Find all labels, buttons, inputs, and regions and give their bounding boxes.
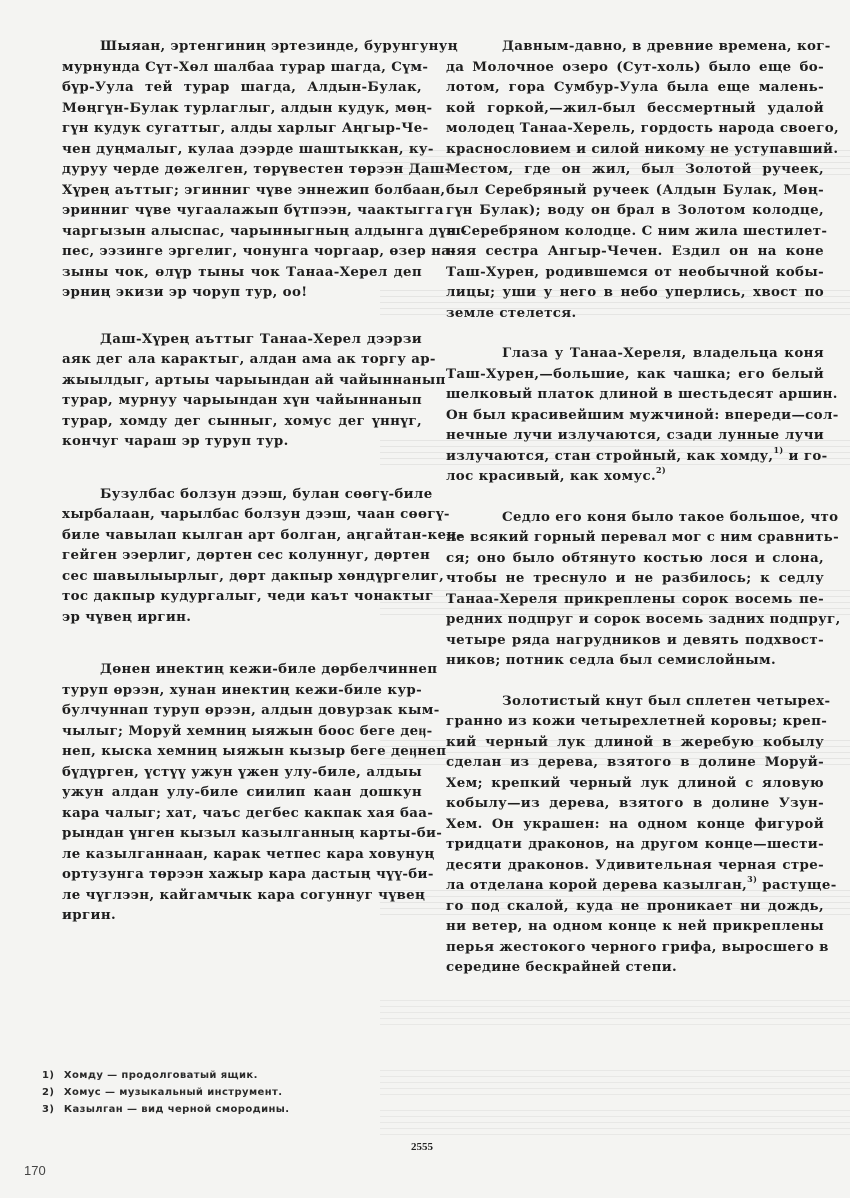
footnote-number: 1): [42, 1067, 60, 1084]
text-line: лотом, гора Сумбур-Уула была еще малень-: [446, 77, 824, 98]
page-number-center: 2555: [411, 1141, 433, 1153]
footnote: 1) Хомду — продолговатый ящик.: [42, 1067, 289, 1084]
text-line: турар, хомду дег сынныг, хомус дег үннүг…: [62, 411, 422, 432]
text-line: ужун алдан улу-биле сиилип каан дошкун: [62, 782, 422, 803]
text-line: хырбалаан, чарылбас болзун дээш, чаан сө…: [62, 504, 422, 525]
text-line: иргин.: [62, 905, 422, 926]
text-line: чылыг; Моруй хемниң ыяжын боос беге деӊ-: [62, 721, 422, 742]
text-line: кара чалыг; хат, чаъс дегбес какпак хая …: [62, 803, 422, 824]
text-line: ла отделана корой дерева казылган,3) рас…: [446, 875, 824, 896]
text-line: Местом, где он жил, был Золотой ручеек,: [446, 159, 824, 180]
text-line: лос красивый, как хомус.2): [446, 466, 824, 487]
text-line: мурнунда Сүт-Хөл шалбаа турар шагда, Сүм…: [62, 57, 422, 78]
left-column-tuvan: Шыяан, эртенгиниң эртезинде, бурунгунуңм…: [62, 36, 422, 944]
paragraph: Седло его коня было такое большое, чтоне…: [446, 507, 824, 671]
text-line: сделан из дерева, взятого в долине Моруй…: [446, 752, 824, 773]
text-line: Хем. Он украшен: на одном конце фигурой: [446, 814, 824, 835]
text-line: перья жестокого черного грифа, выросшего…: [446, 937, 824, 958]
text-line: гүн Булак); воду он брал в Золотом колод…: [446, 200, 824, 221]
paragraph: Золотистый кнут был сплетен четырех-гран…: [446, 691, 824, 978]
text-line: бүр-Уула тей турар шагда, Алдын-Булак,: [62, 77, 422, 98]
text-line: четыре ряда нагрудников и девять подхвос…: [446, 630, 824, 651]
text-line: десяти драконов. Удивительная черная стр…: [446, 855, 824, 876]
text-line: молодец Танаа-Херель, гордость народа св…: [446, 118, 824, 139]
footnote-text: Хомду — продолговатый ящик.: [64, 1070, 258, 1081]
text-line: да Молочное озеро (Сут-холь) было еще бо…: [446, 57, 824, 78]
footnote: 2) Хомус — музыкальный инструмент.: [42, 1084, 289, 1101]
text-line: турар, мурнуу чарыындан хүн чайыннанып: [62, 390, 422, 411]
paragraph: Бузулбас болзун дээш, булан сөөгү-билехы…: [62, 484, 422, 628]
footnote-marker: 1): [773, 445, 783, 455]
text-line: Таш-Хурен,—большие, как чашка; его белый: [446, 364, 824, 385]
text-line: биле чавылап кылган арт болган, аңгайтан…: [62, 525, 422, 546]
text-line: Танаа-Хереля прикреплены сорок восемь пе…: [446, 589, 824, 610]
text-line: Хем; крепкий черный лук длиной с яловую: [446, 773, 824, 794]
bleed-through-staff: [380, 1000, 850, 1030]
text-line: пес, ээзинге эргелиг, чонунга чоргаар, ө…: [62, 241, 422, 262]
text-line: Глаза у Танаа-Хереля, владельца коня: [446, 343, 824, 364]
text-line: Седло его коня было такое большое, что: [446, 507, 824, 528]
text-line: гүн кудук сугаттыг, алды харлыг Аңгыр-Че…: [62, 118, 422, 139]
paragraph: Даш-Хүрең аъттыг Танаа-Херел дээрзиаяк д…: [62, 329, 422, 452]
text-line: ни ветер, на одном конце к ней прикрепле…: [446, 916, 824, 937]
text-line: редних подпруг и сорок восемь задних под…: [446, 609, 824, 630]
text-line: Таш-Хурен, родившемся от необычной кобы-: [446, 262, 824, 283]
text-line: няя сестра Ангыр-Чечен. Ездил он на коне: [446, 241, 824, 262]
text-line: Мөңгүн-Булак турлаглыг, алдын кудук, мөң…: [62, 98, 422, 119]
text-line: гранно из кожи четырехлетней коровы; кре…: [446, 711, 824, 732]
text-line: Дөнен инектиң кежи-биле дөрбелчиннеп: [62, 659, 422, 680]
text-line: не всякий горный перевал мог с ним сравн…: [446, 527, 824, 548]
text-line: кобылу—из дерева, взятого в долине Узун-: [446, 793, 824, 814]
text-line: середине бескрайней степи.: [446, 957, 824, 978]
text-line: Хүрең аъттыг; эгинниг чүве эннежип болба…: [62, 180, 422, 201]
footnote: 3) Казылган — вид черной смородины.: [42, 1101, 289, 1118]
text-line: Шыяан, эртенгиниң эртезинде, бурунгунуң: [62, 36, 422, 57]
text-line: был Серебряный ручеек (Алдын Булак, Мөң-: [446, 180, 824, 201]
text-line: в Серебряном колодце. С ним жила шестиле…: [446, 221, 824, 242]
footnote-number: 2): [42, 1084, 60, 1101]
text-line: Даш-Хүрең аъттыг Танаа-Херел дээрзи: [62, 329, 422, 350]
text-line: туруп өрээн, хунан инектиң кежи-биле кур…: [62, 680, 422, 701]
text-line: излучаются, стан стройный, как хомду,1) …: [446, 446, 824, 467]
text-line: бүдүрген, үстүү ужун үжен улу-биле, алды…: [62, 762, 422, 783]
footnotes: 1) Хомду — продолговатый ящик. 2) Хомус …: [42, 1067, 289, 1118]
text-line: Золотистый кнут был сплетен четырех-: [446, 691, 824, 712]
text-line: ников; потник седла был семислойным.: [446, 650, 824, 671]
text-line: Давным-давно, в древние времена, ког-: [446, 36, 824, 57]
text-line: тос дакпыр кудургалыг, чеди каът чонакты…: [62, 586, 422, 607]
text-line: красноcловием и силой никому не уступавш…: [446, 139, 824, 160]
text-line: аяк дег ала карактыг, алдан ама ак торгу…: [62, 349, 422, 370]
footnote-text: Казылган — вид черной смородины.: [64, 1104, 290, 1115]
paragraph: Давным-давно, в древние времена, ког-да …: [446, 36, 824, 323]
text-line: кончуг чараш эр туруп тур.: [62, 431, 422, 452]
text-line: кой горкой,—жил-был бессмертный удалой: [446, 98, 824, 119]
paragraph: Глаза у Танаа-Хереля, владельца коняТаш-…: [446, 343, 824, 487]
text-line: жыылдыг, артыы чарыындан ай чайыннанып: [62, 370, 422, 391]
text-line: лицы; уши у него в небо уперлись, хвост …: [446, 282, 824, 303]
text-line: кий черный лук длиной в жеребую кобылу: [446, 732, 824, 753]
text-line: чаргызын алыспас, чарынныгның алдынга дү…: [62, 221, 422, 242]
text-line: Он был красивейшим мужчиной: впереди—сол…: [446, 405, 824, 426]
footnote-marker: 2): [656, 465, 666, 475]
text-line: неп, кыска хемниң ыяжын кызыр беге деӊне…: [62, 741, 422, 762]
page-number-left: 170: [24, 1163, 46, 1178]
text-line: эр чүвең иргин.: [62, 607, 422, 628]
paragraph: Дөнен инектиң кежи-биле дөрбелчиннептуру…: [62, 659, 422, 926]
text-line: гейген ээерлиг, дөртен сес колуннуг, дөр…: [62, 545, 422, 566]
footnote-marker: 3): [747, 874, 757, 884]
document-page: Шыяан, эртенгиниң эртезинде, бурунгунуңм…: [0, 0, 850, 1198]
text-line: земле стелется.: [446, 303, 824, 324]
paragraph: Шыяан, эртенгиниң эртезинде, бурунгунуңм…: [62, 36, 422, 303]
bleed-through-staff: [380, 1070, 850, 1100]
text-line: ле чүглээн, кайгамчык кара согуннуг чүве…: [62, 885, 422, 906]
text-line: рындан үнген кызыл казылганның карты-би-: [62, 823, 422, 844]
text-line: Бузулбас болзун дээш, булан сөөгү-биле: [62, 484, 422, 505]
text-line: ся; оно было обтянуто костью лося и слон…: [446, 548, 824, 569]
text-line: ле казылганнаан, карак четпес кара ховун…: [62, 844, 422, 865]
text-line: чтобы не треснуло и не разбилось; к седл…: [446, 568, 824, 589]
text-line: эрниң экизи эр чоруп тур, оо!: [62, 282, 422, 303]
text-line: сес шавылыырлыг, дөрт дакпыр хөндүргелиг…: [62, 566, 422, 587]
right-column-russian: Давным-давно, в древние времена, ког-да …: [446, 36, 824, 996]
text-line: го под скалой, куда не проникает ни дожд…: [446, 896, 824, 917]
footnote-number: 3): [42, 1101, 60, 1118]
text-line: нечные лучи излучаются, сзади лунные луч…: [446, 425, 824, 446]
text-line: зыны чок, өлүр тыны чок Танаа-Херел деп: [62, 262, 422, 283]
text-line: чен дуңмалыг, кулаа дээрде шаштыккан, ку…: [62, 139, 422, 160]
text-line: тридцати драконов, на другом конце—шести…: [446, 834, 824, 855]
text-line: булчуннап туруп өрээн, алдын довурзак кы…: [62, 700, 422, 721]
text-line: дуруу черде дөжелген, төрүвестен төрээн …: [62, 159, 422, 180]
text-line: шелковый платок длиной в шестьдесят арши…: [446, 384, 824, 405]
bleed-through-staff: [380, 1110, 850, 1140]
footnote-text: Хомус — музыкальный инструмент.: [64, 1087, 283, 1098]
text-line: ортузунга төрээн хажыр кара дастың чүү-б…: [62, 864, 422, 885]
text-line: эринниг чүве чугаалажып бүтпээн, чаактыг…: [62, 200, 422, 221]
